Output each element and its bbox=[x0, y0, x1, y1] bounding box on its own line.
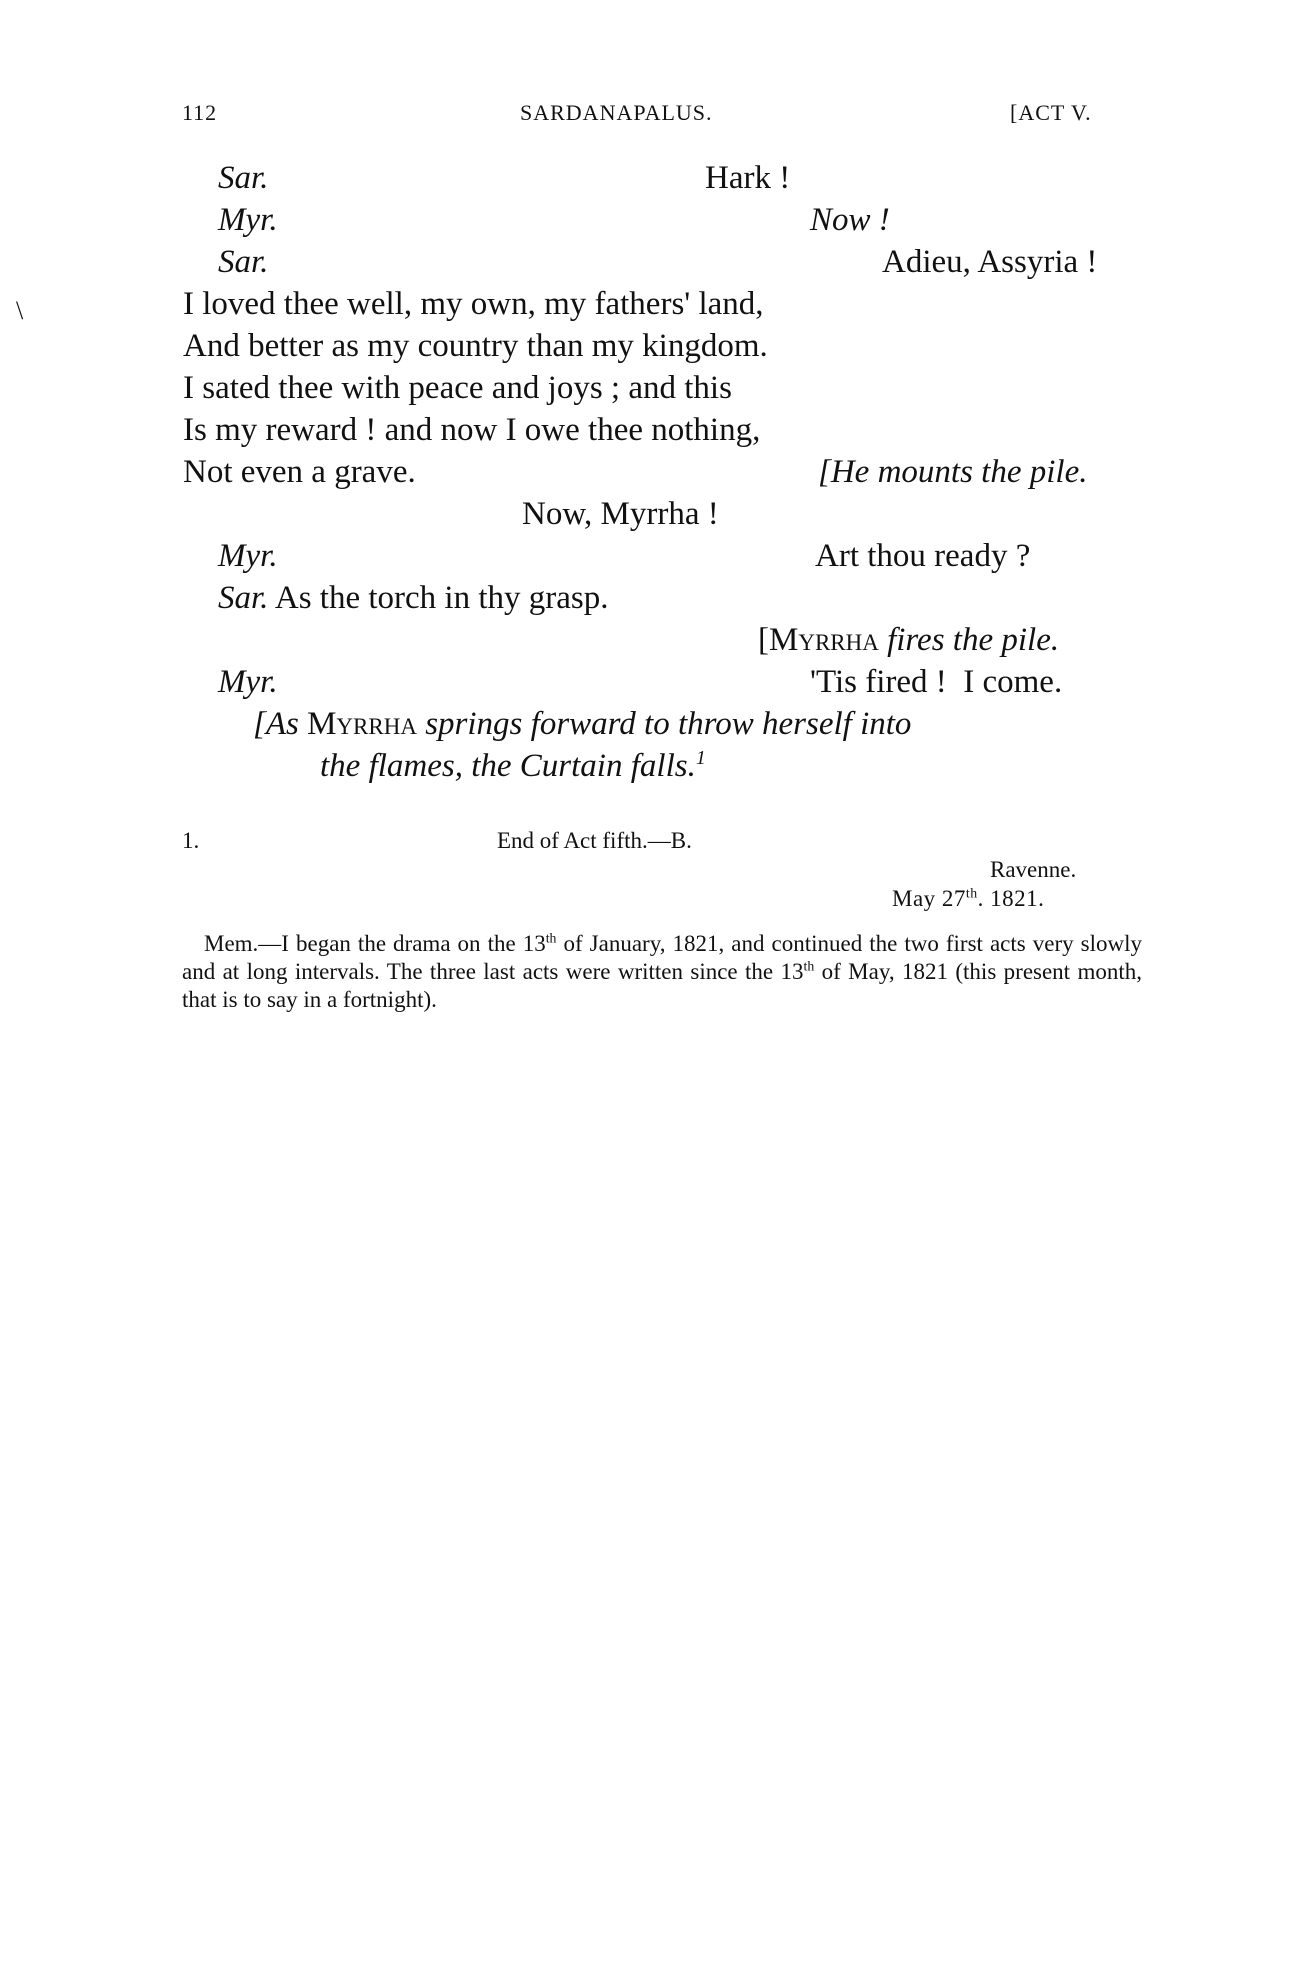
speaker-myr: Myr. bbox=[218, 200, 278, 240]
margin-stroke-mark: \ bbox=[16, 296, 23, 326]
dialogue-text: 'Tis fired ! I come. bbox=[810, 662, 1062, 702]
final-stage-direction: [As Myrrha springs forward to throw hers… bbox=[253, 704, 911, 744]
page-number: 112 bbox=[182, 100, 217, 126]
footnote-ref: 1 bbox=[696, 747, 706, 769]
verse-line: Is my reward ! and now I owe thee nothin… bbox=[183, 410, 760, 450]
verse-line: Now, Myrrha ! bbox=[522, 494, 719, 534]
dialogue-text: Now ! bbox=[810, 200, 890, 240]
dialogue-text: Adieu, Assyria ! bbox=[882, 242, 1097, 282]
footnote-text: End of Act fifth.—B. bbox=[497, 828, 692, 854]
verse-line: I loved thee well, my own, my fathers' l… bbox=[183, 284, 764, 324]
footnote-number: 1. bbox=[182, 828, 199, 854]
speaker-sar: Sar. bbox=[218, 580, 268, 616]
speaker-myr: Myr. bbox=[218, 536, 278, 576]
speaker-myr: Myr. bbox=[218, 662, 278, 702]
dialogue-text: Art thou ready ? bbox=[815, 536, 1030, 576]
stage-direction: [Myrrha fires the pile. bbox=[758, 620, 1059, 660]
verse-line: And better as my country than my kingdom… bbox=[183, 326, 768, 366]
character-name: Myrrha bbox=[307, 706, 417, 742]
running-title: SARDANAPALUS. bbox=[520, 100, 713, 126]
dialogue-text: Hark ! bbox=[705, 158, 790, 198]
dialogue-text: As the torch in thy grasp. bbox=[275, 580, 609, 616]
speaker-sar: Sar. bbox=[218, 158, 268, 198]
footnote-date: May 27th. 1821. bbox=[892, 886, 1044, 912]
verse-line: Not even a grave. bbox=[183, 452, 416, 492]
character-name: [Myrrha bbox=[758, 622, 879, 658]
dialogue-line: Sar. As the torch in thy grasp. bbox=[218, 578, 608, 618]
final-stage-direction-line2: the flames, the Curtain falls.1 bbox=[320, 746, 706, 786]
verse-line: I sated thee with peace and joys ; and t… bbox=[183, 368, 732, 408]
memo-paragraph: Mem.—I began the drama on the 13th of Ja… bbox=[182, 930, 1142, 1014]
footnote-place: Ravenne. bbox=[990, 857, 1076, 883]
section-label: [ACT V. bbox=[1010, 100, 1092, 126]
stage-direction: [He mounts the pile. bbox=[818, 452, 1087, 492]
speaker-sar: Sar. bbox=[218, 242, 268, 282]
